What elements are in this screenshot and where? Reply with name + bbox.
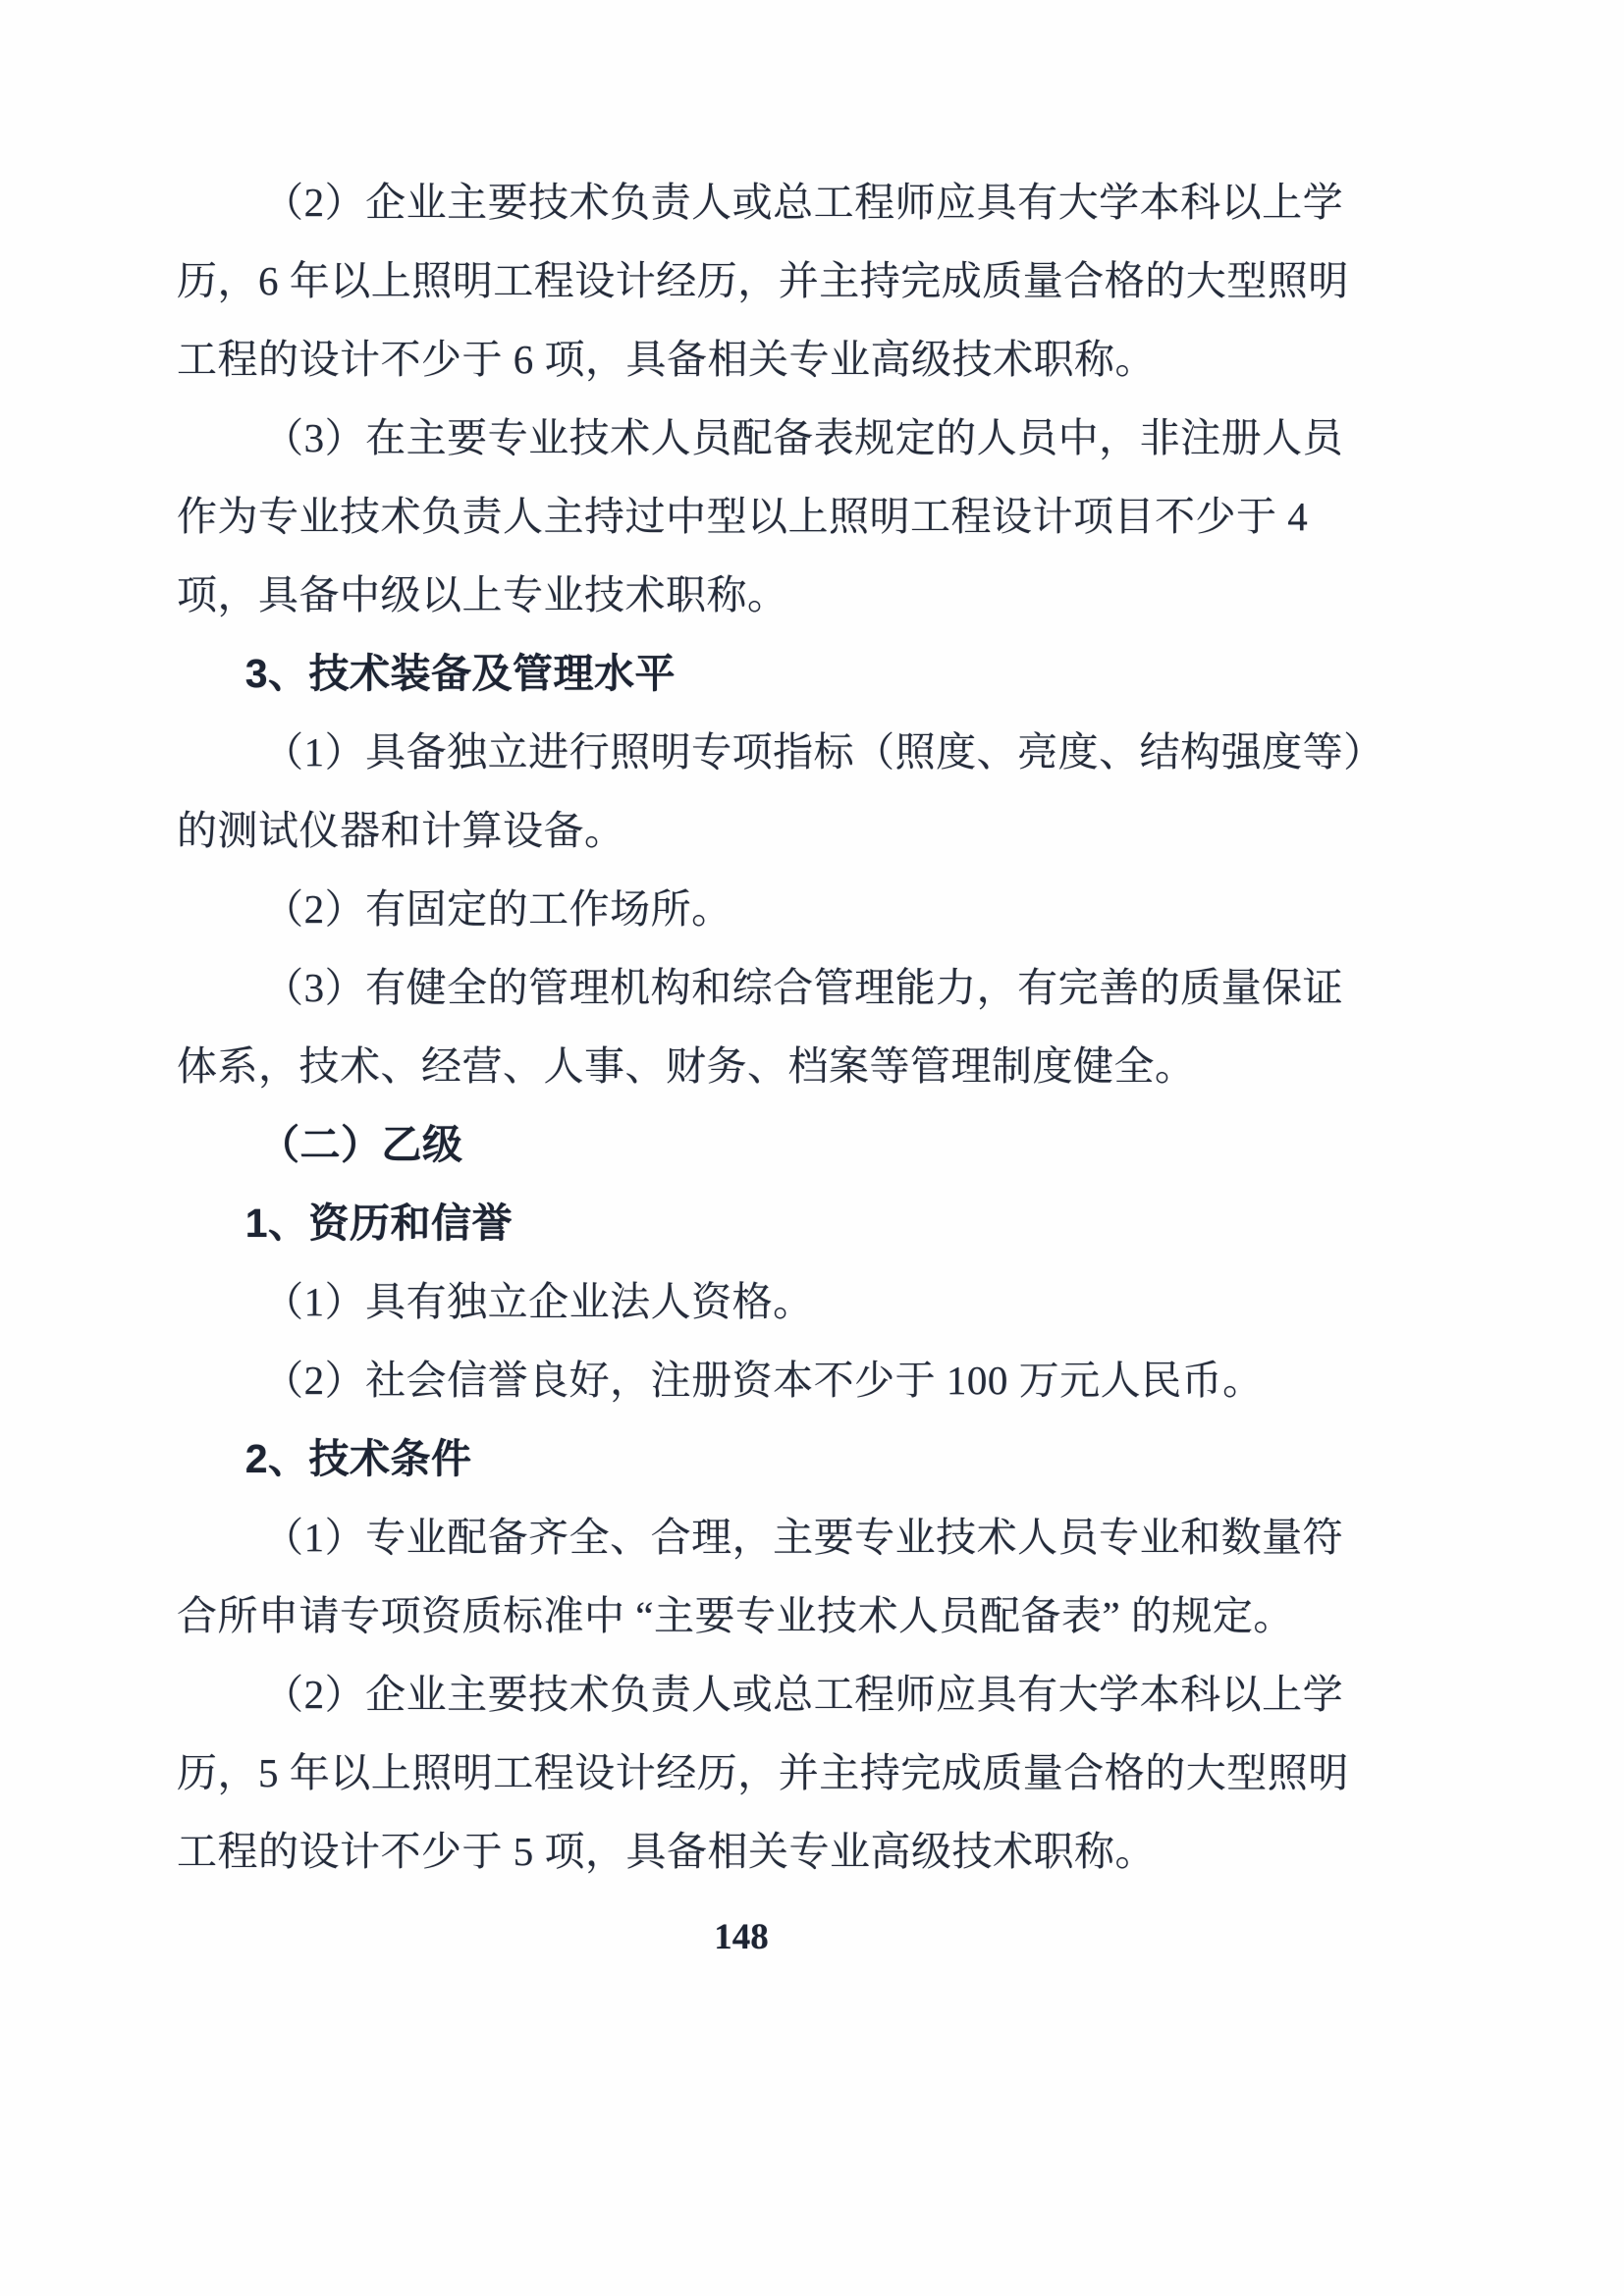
- doc-line-10: （2）有固定的工作场所。: [177, 870, 1345, 948]
- doc-line-8: （1）具备独立进行照明专项指标（照度、亮度、结构强度等）: [177, 713, 1345, 791]
- doc-line-15: （1）具有独立企业法人资格。: [177, 1262, 1345, 1341]
- doc-heading-qualification-reputation: 1、资历和信誉: [177, 1184, 1345, 1262]
- doc-line-5: 作为专业技术负责人主持过中型以上照明工程设计项目不少于 4: [177, 477, 1345, 556]
- doc-line-1: （2）企业主要技术负责人或总工程师应具有大学本科以上学: [177, 163, 1345, 241]
- doc-heading-tech-equipment: 3、技术装备及管理水平: [177, 634, 1345, 713]
- doc-line-4: （3）在主要专业技术人员配备表规定的人员中，非注册人员: [177, 399, 1345, 477]
- doc-heading-tech-conditions: 2、技术条件: [177, 1419, 1345, 1498]
- doc-line-18: （1）专业配备齐全、合理，主要专业技术人员专业和数量符: [177, 1498, 1345, 1576]
- doc-line-16: （2）社会信誉良好，注册资本不少于 100 万元人民币。: [177, 1341, 1345, 1419]
- doc-heading-grade-b: （二）乙级: [177, 1105, 1345, 1184]
- doc-line-11: （3）有健全的管理机构和综合管理能力，有完善的质量保证: [177, 948, 1345, 1027]
- doc-line-9: 的测试仪器和计算设备。: [177, 791, 1345, 870]
- doc-line-22: 工程的设计不少于 5 项，具备相关专业高级技术职称。: [177, 1812, 1345, 1891]
- document-page: （2）企业主要技术负责人或总工程师应具有大学本科以上学 历，6 年以上照明工程设…: [0, 0, 1624, 2296]
- document-text-block: （2）企业主要技术负责人或总工程师应具有大学本科以上学 历，6 年以上照明工程设…: [177, 163, 1345, 1891]
- doc-line-21: 历，5 年以上照明工程设计经历，并主持完成质量合格的大型照明: [177, 1734, 1345, 1812]
- doc-line-2: 历，6 年以上照明工程设计经历，并主持完成质量合格的大型照明: [177, 241, 1345, 320]
- doc-line-6: 项，具备中级以上专业技术职称。: [177, 556, 1345, 634]
- page-number: 148: [177, 1912, 1306, 1963]
- doc-line-20: （2）企业主要技术负责人或总工程师应具有大学本科以上学: [177, 1655, 1345, 1734]
- doc-line-12: 体系，技术、经营、人事、财务、档案等管理制度健全。: [177, 1027, 1345, 1105]
- doc-line-19: 合所申请专项资质标准中 “主要专业技术人员配备表” 的规定。: [177, 1576, 1345, 1655]
- doc-line-3: 工程的设计不少于 6 项，具备相关专业高级技术职称。: [177, 320, 1345, 399]
